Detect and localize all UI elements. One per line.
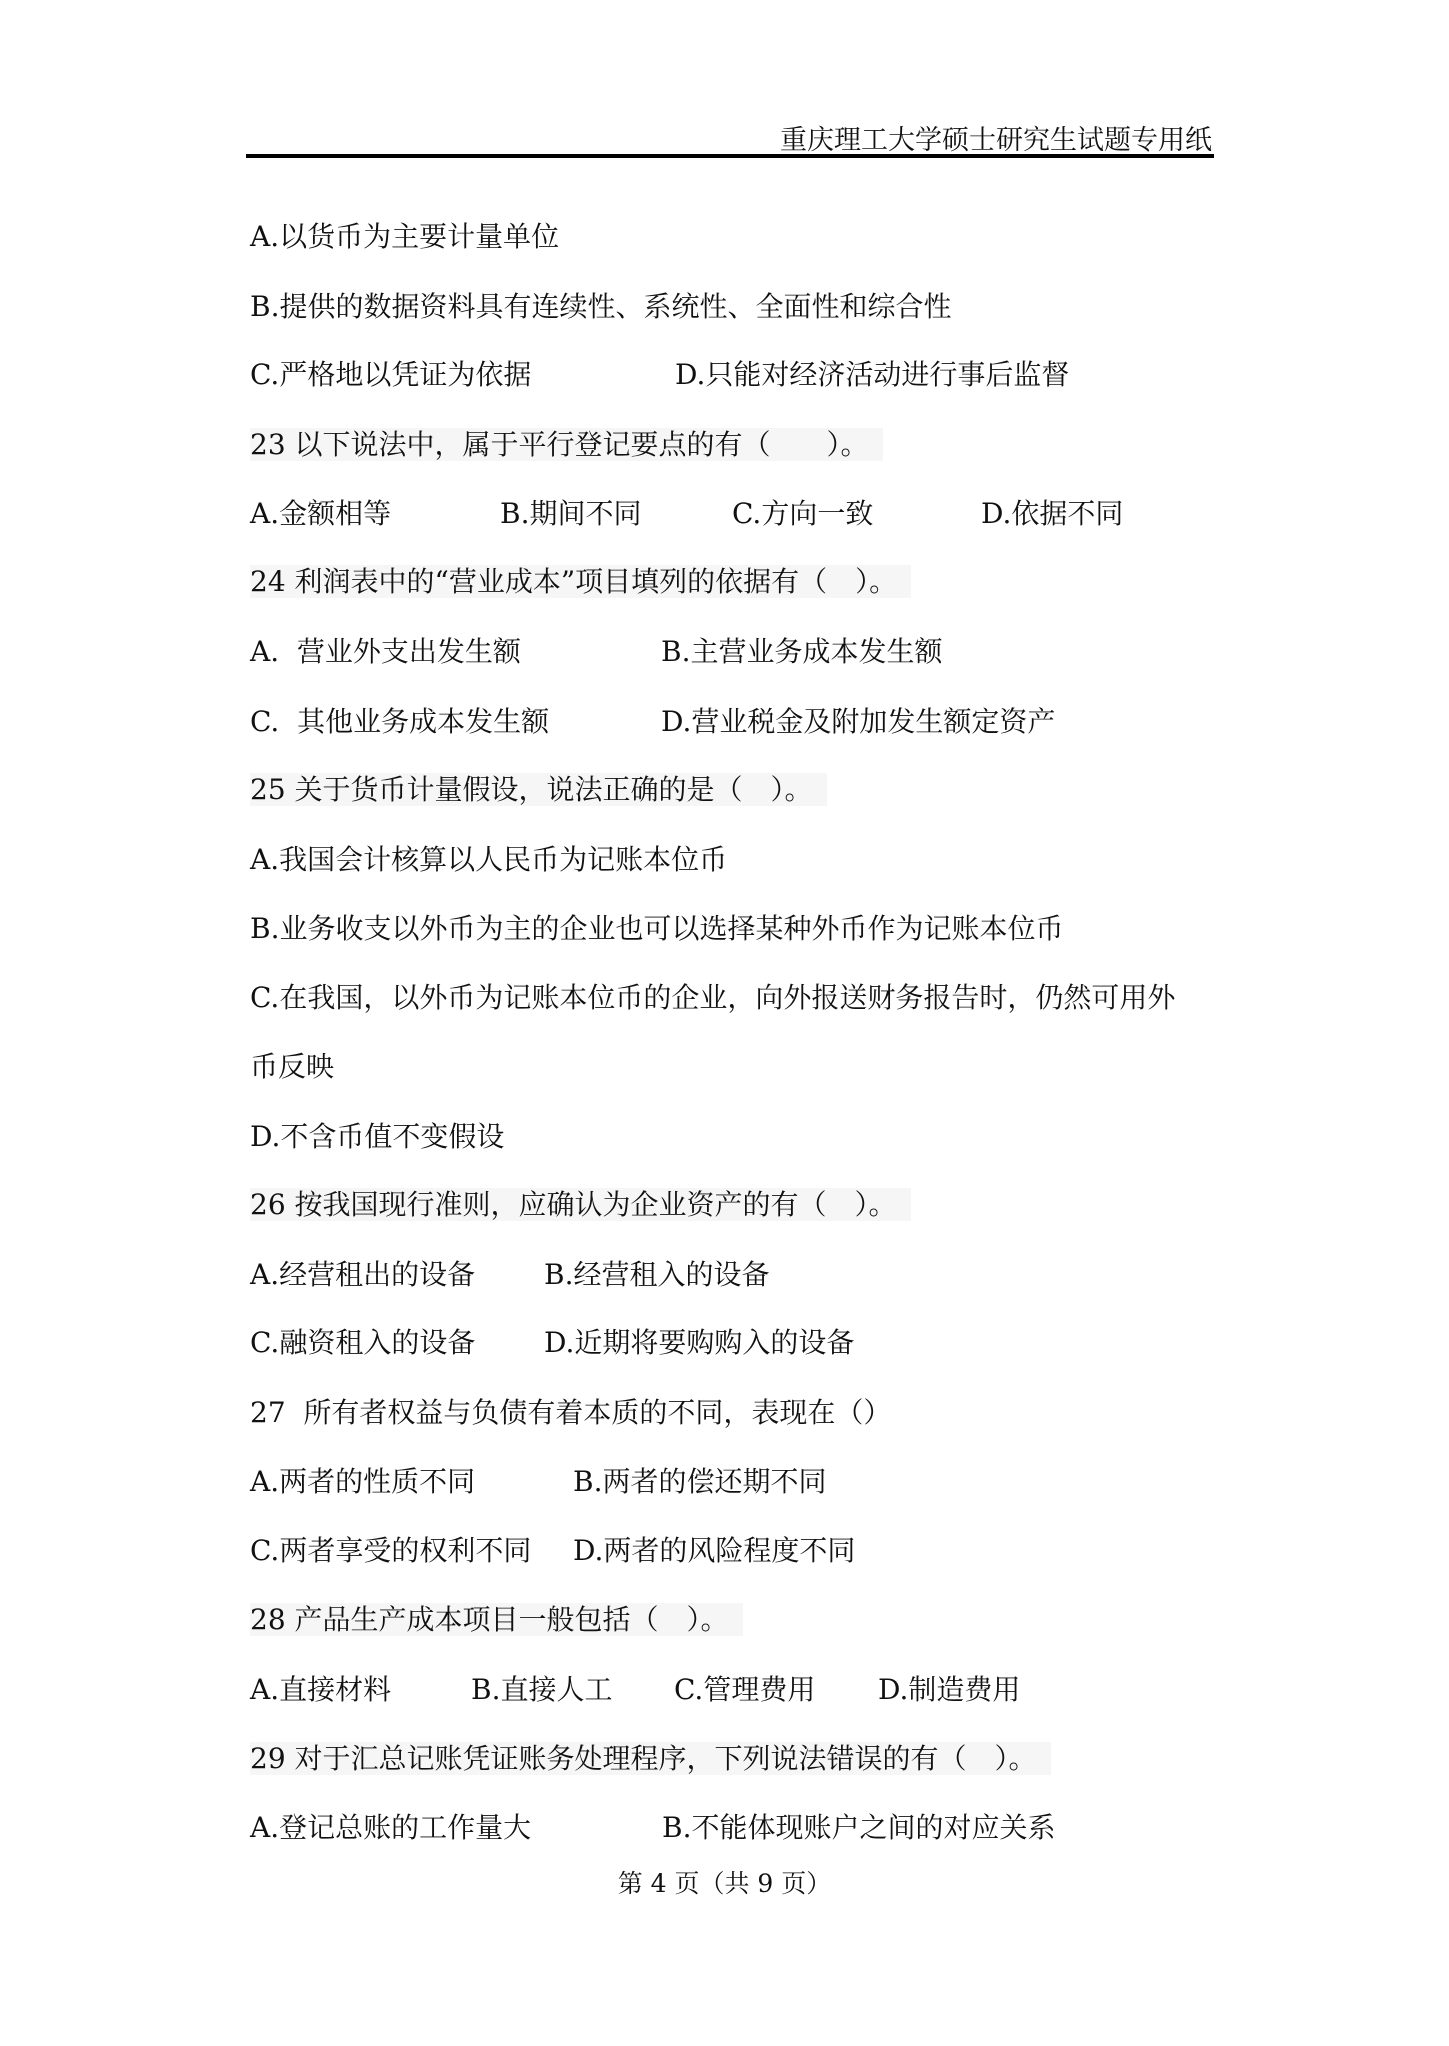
option-a: A.直接材料 — [250, 1670, 391, 1710]
question-28: 28 产品生产成本项目一般包括（ ）。 — [250, 1600, 743, 1640]
option-c: C.管理费用 — [674, 1670, 815, 1710]
question-text: 29 对于汇总记账凭证账务处理程序，下列说法错误的有（ ）。 — [250, 1742, 1051, 1775]
option-d: D.两者的风险程度不同 — [573, 1531, 855, 1571]
option-line: C.严格地以凭证为依据 D.只能对经济活动进行事后监督 — [250, 355, 1150, 395]
option-b: B.主营业务成本发生额 — [661, 632, 942, 672]
page-footer: 第 4 页（共 9 页） — [0, 1864, 1449, 1900]
option-line: 币反映 — [250, 1047, 334, 1087]
option-d: D.近期将要购购入的设备 — [544, 1323, 854, 1363]
option-line: C.在我国，以外币为记账本位币的企业，向外报送财务报告时，仍然可用外 — [250, 978, 1175, 1018]
option-line: B.业务收支以外币为主的企业也可以选择某种外币作为记账本位币 — [250, 909, 1063, 949]
header-rule — [246, 154, 1214, 158]
question-24: 24 利润表中的“营业成本”项目填列的依据有（ ）。 — [250, 562, 911, 602]
option-line: A.登记总账的工作量大 B.不能体现账户之间的对应关系 — [250, 1808, 1150, 1848]
question-26: 26 按我国现行准则，应确认为企业资产的有（ ）。 — [250, 1185, 911, 1225]
option-b: B.经营租入的设备 — [544, 1255, 769, 1295]
option-line: A. 营业外支出发生额 B.主营业务成本发生额 — [250, 632, 1150, 672]
option-line: A.两者的性质不同 B.两者的偿还期不同 — [250, 1462, 1150, 1502]
option-c-continued: 币反映 — [250, 1050, 334, 1083]
option-line: C.融资租入的设备 D.近期将要购购入的设备 — [250, 1323, 1150, 1363]
option-b: B.直接人工 — [471, 1670, 612, 1710]
option-d: D.只能对经济活动进行事后监督 — [675, 355, 1069, 395]
option-b: B.提供的数据资料具有连续性、系统性、全面性和综合性 — [250, 290, 951, 323]
question-27: 27 所有者权益与负债有着本质的不同，表现在（） — [250, 1393, 891, 1433]
option-line: B.提供的数据资料具有连续性、系统性、全面性和综合性 — [250, 287, 951, 327]
option-line: A.金额相等 B.期间不同 C.方向一致 D.依据不同 — [250, 494, 1150, 534]
option-a: A.以货币为主要计量单位 — [250, 220, 559, 253]
option-line: A.直接材料 B.直接人工 C.管理费用 D.制造费用 — [250, 1670, 1150, 1710]
option-c: C.严格地以凭证为依据 — [250, 355, 531, 395]
option-c: C.在我国，以外币为记账本位币的企业，向外报送财务报告时，仍然可用外 — [250, 981, 1175, 1014]
option-a: A.两者的性质不同 — [250, 1462, 475, 1502]
option-b: B.两者的偿还期不同 — [573, 1462, 826, 1502]
option-d: D.营业税金及附加发生额定资产 — [661, 702, 1055, 742]
option-line: C.两者享受的权利不同 D.两者的风险程度不同 — [250, 1531, 1150, 1571]
option-line: C. 其他业务成本发生额 D.营业税金及附加发生额定资产 — [250, 702, 1150, 742]
option-line: A.我国会计核算以人民币为记账本位币 — [250, 840, 727, 880]
option-c: C.两者享受的权利不同 — [250, 1531, 531, 1571]
option-b: B.不能体现账户之间的对应关系 — [662, 1808, 1055, 1848]
question-text: 26 按我国现行准则，应确认为企业资产的有（ ）。 — [250, 1188, 911, 1221]
option-a: A.我国会计核算以人民币为记账本位币 — [250, 843, 727, 876]
question-23: 23 以下说法中，属于平行登记要点的有（ ）。 — [250, 425, 883, 465]
question-29: 29 对于汇总记账凭证账务处理程序，下列说法错误的有（ ）。 — [250, 1739, 1051, 1779]
option-a: A. 营业外支出发生额 — [250, 632, 521, 672]
question-25: 25 关于货币计量假设，说法正确的是（ ）。 — [250, 770, 827, 810]
option-a: A.金额相等 — [250, 494, 391, 534]
option-line: A.经营租出的设备 B.经营租入的设备 — [250, 1255, 1150, 1295]
header-title: 重庆理工大学硕士研究生试题专用纸 — [780, 118, 1212, 157]
option-b: B.业务收支以外币为主的企业也可以选择某种外币作为记账本位币 — [250, 912, 1063, 945]
question-text: 27 所有者权益与负债有着本质的不同，表现在（） — [250, 1396, 891, 1429]
question-text: 23 以下说法中，属于平行登记要点的有（ ）。 — [250, 428, 883, 461]
option-d: D.制造费用 — [878, 1670, 1020, 1710]
question-text: 28 产品生产成本项目一般包括（ ）。 — [250, 1603, 743, 1636]
question-text: 24 利润表中的“营业成本”项目填列的依据有（ ）。 — [250, 565, 911, 598]
option-line: A.以货币为主要计量单位 — [250, 217, 559, 257]
option-b: B.期间不同 — [500, 494, 641, 534]
option-a: A.登记总账的工作量大 — [250, 1808, 531, 1848]
option-c: C. 其他业务成本发生额 — [250, 702, 549, 742]
option-c: C.融资租入的设备 — [250, 1323, 475, 1363]
option-d: D.不含币值不变假设 — [250, 1120, 504, 1153]
option-a: A.经营租出的设备 — [250, 1255, 475, 1295]
option-line: D.不含币值不变假设 — [250, 1117, 504, 1157]
option-d: D.依据不同 — [981, 494, 1123, 534]
option-c: C.方向一致 — [732, 494, 873, 534]
question-text: 25 关于货币计量假设，说法正确的是（ ）。 — [250, 773, 827, 806]
